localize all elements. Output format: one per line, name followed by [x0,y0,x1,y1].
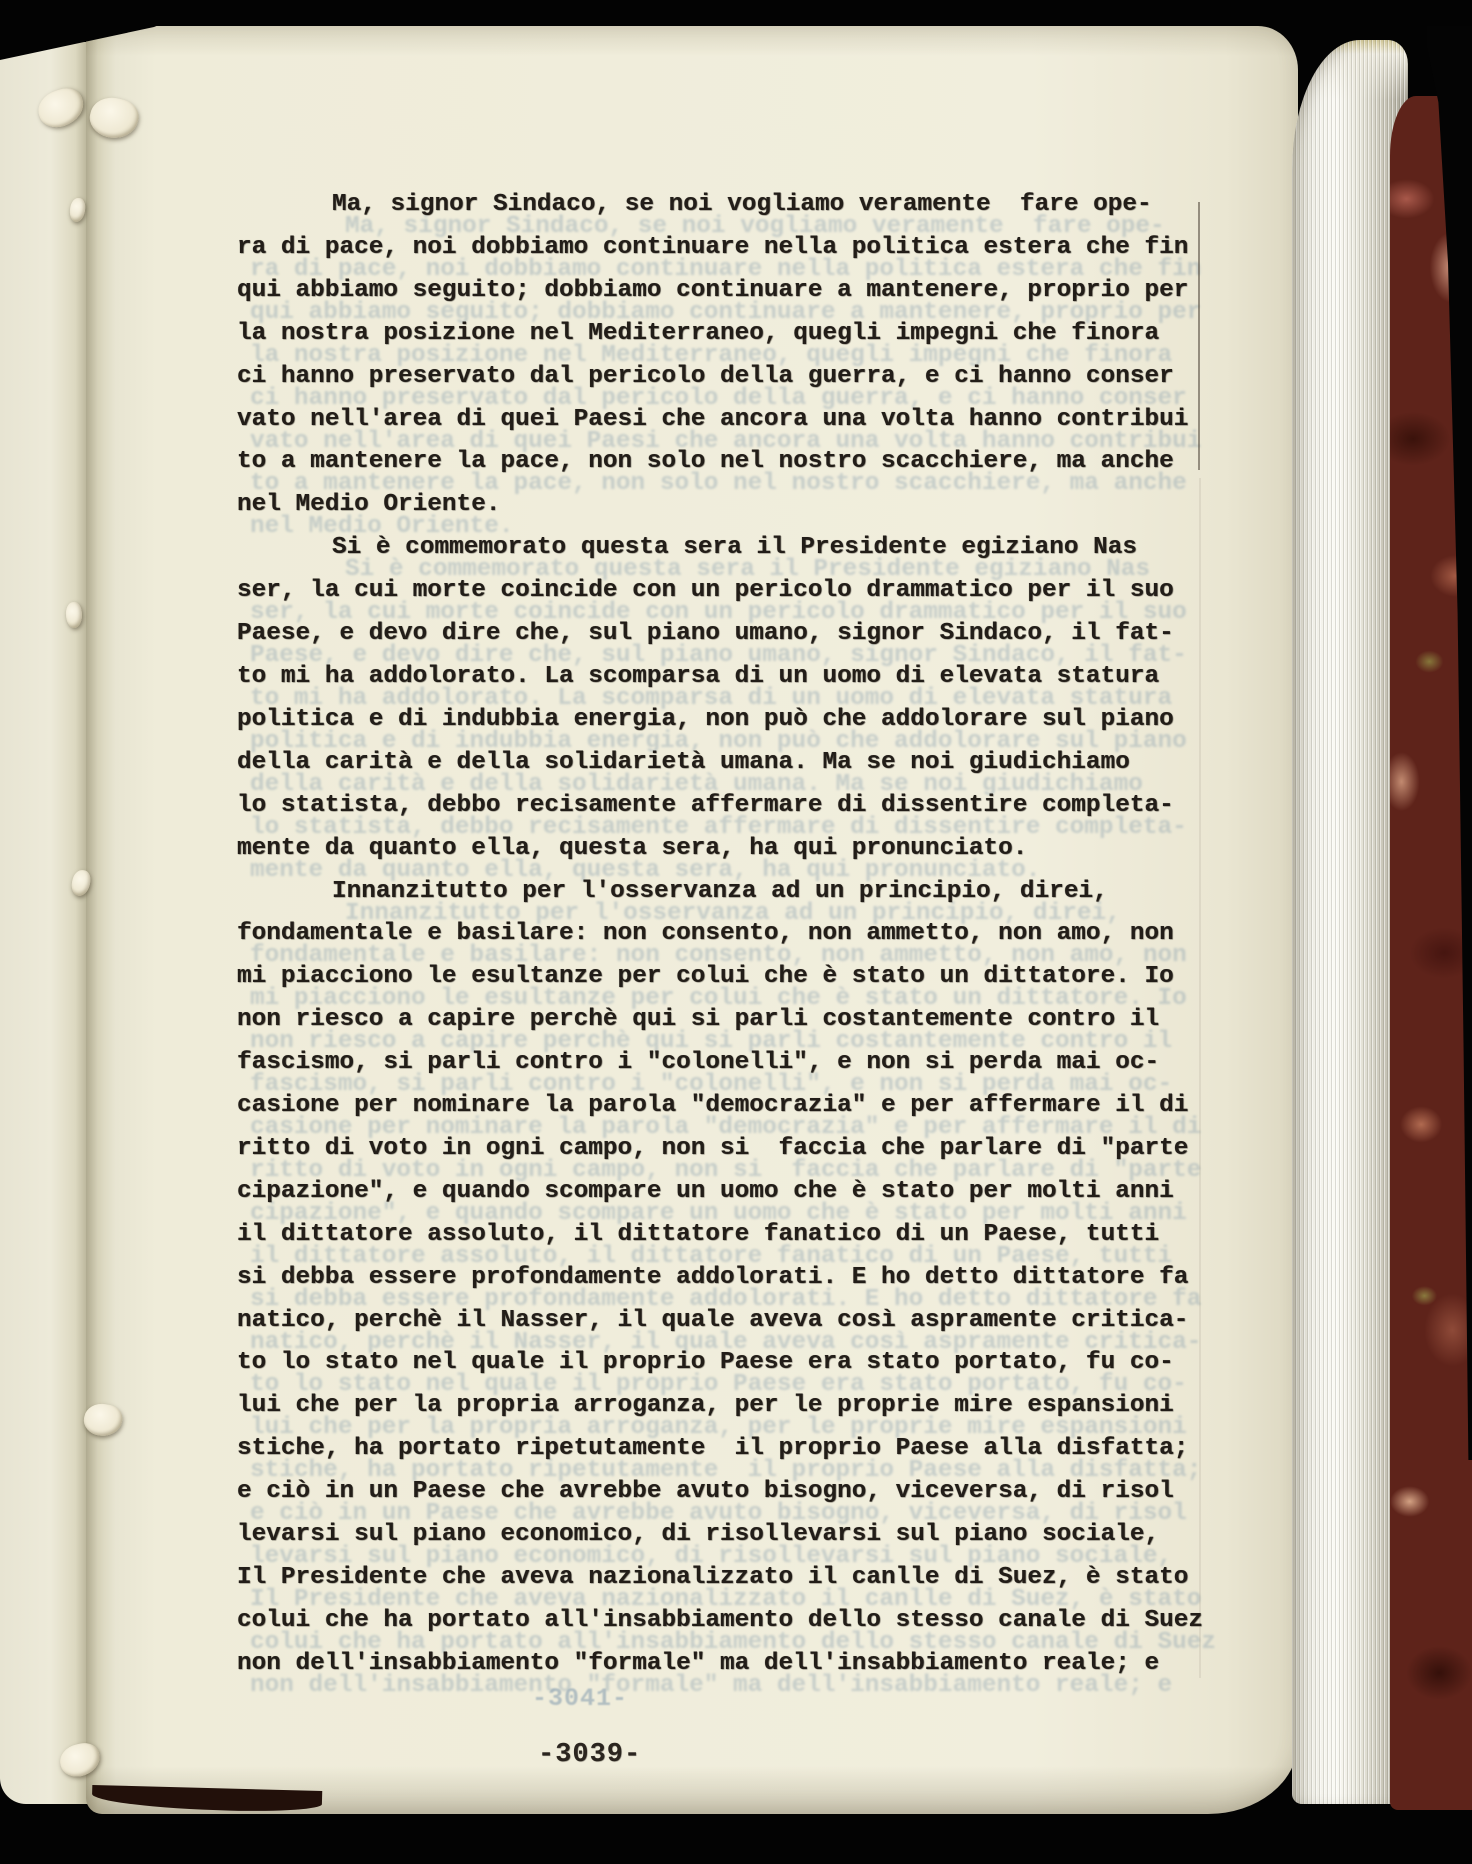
text-line: politica e di indubbia energia, non può … [237,699,1222,742]
text-line: ritto di voto in ogni campo, non si facc… [237,1128,1222,1171]
photo-black-border [0,0,1472,26]
paragraph: Si è commemorato questa sera il Presiden… [237,527,1222,870]
text-line: della carità e della solidarietà umana. … [237,742,1222,785]
book-page: Ma, signor Sindaco, se noi vogliamo vera… [86,26,1298,1814]
text-line: cipazione", e quando scompare un uomo ch… [237,1171,1222,1214]
text-line: natico, perchè il Nasser, il quale aveva… [237,1300,1222,1343]
text-line: nel Medio Oriente. [237,484,1222,527]
text-line: Innanzitutto per l'osservanza ad un prin… [237,871,1222,914]
text-line: lui che per la propria arroganza, per le… [237,1385,1222,1428]
text-line: to mi ha addolorato. La scomparsa di un … [237,656,1222,699]
text-line: mente da quanto ella, questa sera, ha qu… [237,828,1222,871]
text-line: ser, la cui morte coincide con un perico… [237,570,1222,613]
text-line: qui abbiamo seguito; dobbiamo continuare… [237,270,1222,313]
text-line: la nostra posizione nel Mediterraneo, qu… [237,313,1222,356]
ghost-page-number: -3041- [532,1684,628,1713]
paragraph: Innanzitutto per l'osservanza ad un prin… [237,871,1222,1686]
text-line: lo statista, debbo recisamente affermare… [237,785,1222,828]
paragraph: Ma, signor Sindaco, se noi vogliamo vera… [237,184,1222,527]
text-line: e ciò in un Paese che avrebbe avuto biso… [237,1471,1222,1514]
text-line: colui che ha portato all'insabbiamento d… [237,1600,1222,1643]
text-line: il dittatore assoluto, il dittatore fana… [237,1214,1222,1257]
text-line: fascismo, si parli contro i "colonelli",… [237,1042,1222,1085]
text-line: Si è commemorato questa sera il Presiden… [237,527,1222,570]
text-line: si debba essere profondamente addolorati… [237,1257,1222,1300]
text-line: ra di pace, noi dobbiamo continuare nell… [237,227,1222,270]
text-line: Paese, e devo dire che, sul piano umano,… [237,613,1222,656]
text-line: mi piacciono le esultanze per colui che … [237,956,1222,999]
previous-page-edge [0,42,92,1804]
photo-black-border [0,1814,1472,1864]
text-line: non dell'insabbiamento "formale" ma dell… [237,1643,1222,1686]
margin-guide-line [1199,478,1201,1678]
text-line: levarsi sul piano economico, di risollev… [237,1514,1222,1557]
text-line: to lo stato nel quale il proprio Paese e… [237,1342,1222,1385]
text-line: Il Presidente che aveva nazionalizzato i… [237,1557,1222,1600]
text-line: vato nell'area di quei Paesi che ancora … [237,399,1222,442]
text-line: non riesco a capire perchè qui si parli … [237,999,1222,1042]
text-line: ci hanno preservato dal pericolo della g… [237,356,1222,399]
text-line: Ma, signor Sindaco, se noi vogliamo vera… [237,184,1222,227]
text-line: fondamentale e basilare: non consento, n… [237,913,1222,956]
typed-text: Ma, signor Sindaco, se noi vogliamo vera… [237,184,1222,1686]
text-line: to a mantenere la pace, non solo nel nos… [237,441,1222,484]
text-line: stiche, ha portato ripetutamente il prop… [237,1428,1222,1471]
book-photo: Ma, signor Sindaco, se noi vogliamo vera… [0,0,1472,1864]
margin-guide-line [1198,202,1200,470]
page-number: -3039- [538,1740,641,1770]
text-line: casione per nominare la parola "democraz… [237,1085,1222,1128]
